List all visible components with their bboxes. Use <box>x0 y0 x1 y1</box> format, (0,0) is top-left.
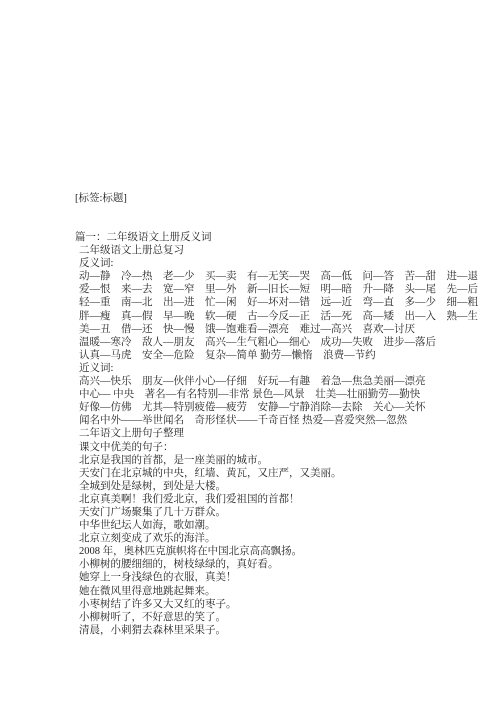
text-line: 爱—恨 来—去 宽—窄 里—外 新—旧长—短 明—暗 升—降 头—尾 先—后 <box>75 283 495 296</box>
text-line: 反义词: <box>75 257 495 270</box>
text-line: 高兴—快乐 朋友—伙伴小心—仔细 好玩—有趣 着急—焦急美丽—漂亮 <box>75 375 495 388</box>
text-line: 全城到处是绿树，到处是大楼。 <box>75 480 495 493</box>
text-line: 小柳树的腰细细的，树枝绿绿的，真好看。 <box>75 558 495 571</box>
document-body: 篇一：二年级语文上册反义词二年级语文上册总复习反义词:动—静 冷—热 老—少 买… <box>75 231 495 637</box>
text-line: 小枣树结了许多又大又红的枣子。 <box>75 598 495 611</box>
title-tag-placeholder: [标签:标题] <box>75 192 127 205</box>
text-line: 闻名中外——举世闻名 奇形怪状——千奇百怪 热爱—喜爱突然—忽然 <box>75 414 495 427</box>
text-line: 她穿上一身浅绿色的衣服，真美！ <box>75 571 495 584</box>
text-line: 2008 年，奥林匹克旗帜将在中国北京高高飘扬。 <box>75 545 495 558</box>
text-line: 中心— 中央 著名—有名特别—非常 景色—风景 壮美—壮丽勤劳—勤快 <box>75 388 495 401</box>
text-line: 篇一：二年级语文上册反义词 <box>75 231 495 244</box>
text-line: 二年级语文上册总复习 <box>75 244 495 257</box>
text-line: 胖—瘦 真—假 早—晚 软—硬 古—今反—正 活—死 高—矮 出—入 熟—生 <box>75 310 495 323</box>
text-line: 北京真美啊！我们爱北京，我们爱祖国的首都！ <box>75 493 495 506</box>
text-line: 小柳树听了，不好意思的笑了。 <box>75 611 495 624</box>
text-line: 美—丑 借—还 快—慢 饿—饱难看—漂亮 难过—高兴 喜欢—讨厌 <box>75 323 495 336</box>
text-line: 北京是我国的首都，是一座美丽的城市。 <box>75 454 495 467</box>
text-line: 她在微风里得意地跳起舞来。 <box>75 585 495 598</box>
text-line: 认真—马虎 安全—危险 复杂—简单 勤劳—懒惰 浪费—节约 <box>75 349 495 362</box>
text-line: 北京立刻变成了欢乐的海洋。 <box>75 532 495 545</box>
text-line: 课文中优美的句子： <box>75 441 495 454</box>
text-line: 天安门广场聚集了几十万群众。 <box>75 506 495 519</box>
text-line: 动—静 冷—热 老—少 买—卖 有—无笑—哭 高—低 问—答 苦—甜 进—退 <box>75 270 495 283</box>
document-page: [标签:标题] 篇一：二年级语文上册反义词二年级语文上册总复习反义词:动—静 冷… <box>0 0 500 707</box>
text-line: 近义词: <box>75 362 495 375</box>
text-line: 中华世纪坛人如海，歌如潮。 <box>75 519 495 532</box>
text-line: 好像—仿佛 尤其—特别疲倦—疲劳 安静—宁静消除—去除 关心—关怀 <box>75 401 495 414</box>
text-line: 天安门在北京城的中央，红墙、黄瓦，又庄严，又美丽。 <box>75 467 495 480</box>
text-line: 轻—重 南—北 出—进 忙—闲 好—坏对—错 远—近 弯—直 多—少 细—粗 <box>75 296 495 309</box>
text-line: 清晨，小刺猬去森林里采果子。 <box>75 624 495 637</box>
text-line: 温暖—寒冷 敌人—朋友 高兴—生气粗心—细心 成功—失败 进步—落后 <box>75 336 495 349</box>
text-line: 二年语文上册句子整理 <box>75 427 495 440</box>
